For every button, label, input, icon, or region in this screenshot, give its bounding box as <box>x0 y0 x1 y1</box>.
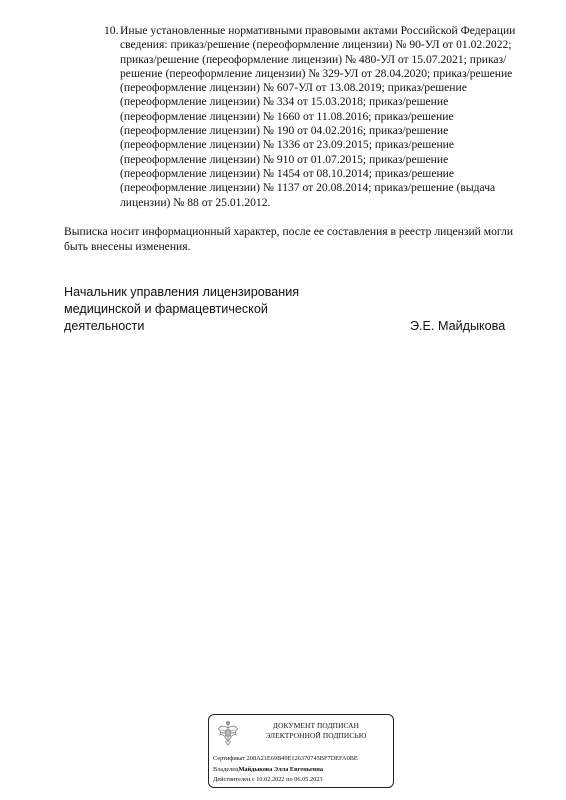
list-item-10: 10. Иные установленные нормативными прав… <box>104 24 534 210</box>
electronic-signature-stamp: ДОКУМЕНТ ПОДПИСАН ЭЛЕКТРОННОЙ ПОДПИСЬЮ С… <box>208 714 394 788</box>
coat-of-arms-emblem-icon <box>217 720 239 746</box>
validity-value: с 10.02.2022 по 06.05.2023 <box>252 776 323 783</box>
signer-role-line-1: Начальник управления лицензирования <box>64 284 534 301</box>
signer-name: Э.Е. Майдыкова <box>410 318 505 335</box>
owner-value: Майдыкова Элла Евгеньевна <box>238 766 323 773</box>
stamp-details: Сертификат 208A21E69B49E126370745BF7DEFA… <box>213 754 358 786</box>
signer-role-line-2: медицинской и фармацевтической <box>64 301 534 318</box>
stamp-title-line-2: ЭЛЕКТРОННОЙ ПОДПИСЬЮ <box>243 731 389 741</box>
document-page: 10. Иные установленные нормативными прав… <box>0 0 566 800</box>
certificate-value: 208A21E69B49E126370745BF7DEFA0BE <box>247 755 358 762</box>
owner-row: ВладелецМайдыкова Элла Евгеньевна <box>213 765 358 776</box>
validity-row: Действителен с 10.02.2022 по 06.05.2023 <box>213 775 358 786</box>
stamp-title: ДОКУМЕНТ ПОДПИСАН ЭЛЕКТРОННОЙ ПОДПИСЬЮ <box>243 721 389 740</box>
informational-notice: Выписка носит информационный характер, п… <box>64 224 534 254</box>
list-item-text: Иные установленные нормативными правовым… <box>120 24 534 210</box>
signature-block: Начальник управления лицензирования меди… <box>64 284 534 335</box>
certificate-row: Сертификат 208A21E69B49E126370745BF7DEFA… <box>213 754 358 765</box>
stamp-title-line-1: ДОКУМЕНТ ПОДПИСАН <box>243 721 389 731</box>
validity-label: Действителен <box>213 776 250 783</box>
certificate-label: Сертификат <box>213 755 245 762</box>
owner-label: Владелец <box>213 766 238 773</box>
list-item-number: 10. <box>104 24 120 210</box>
